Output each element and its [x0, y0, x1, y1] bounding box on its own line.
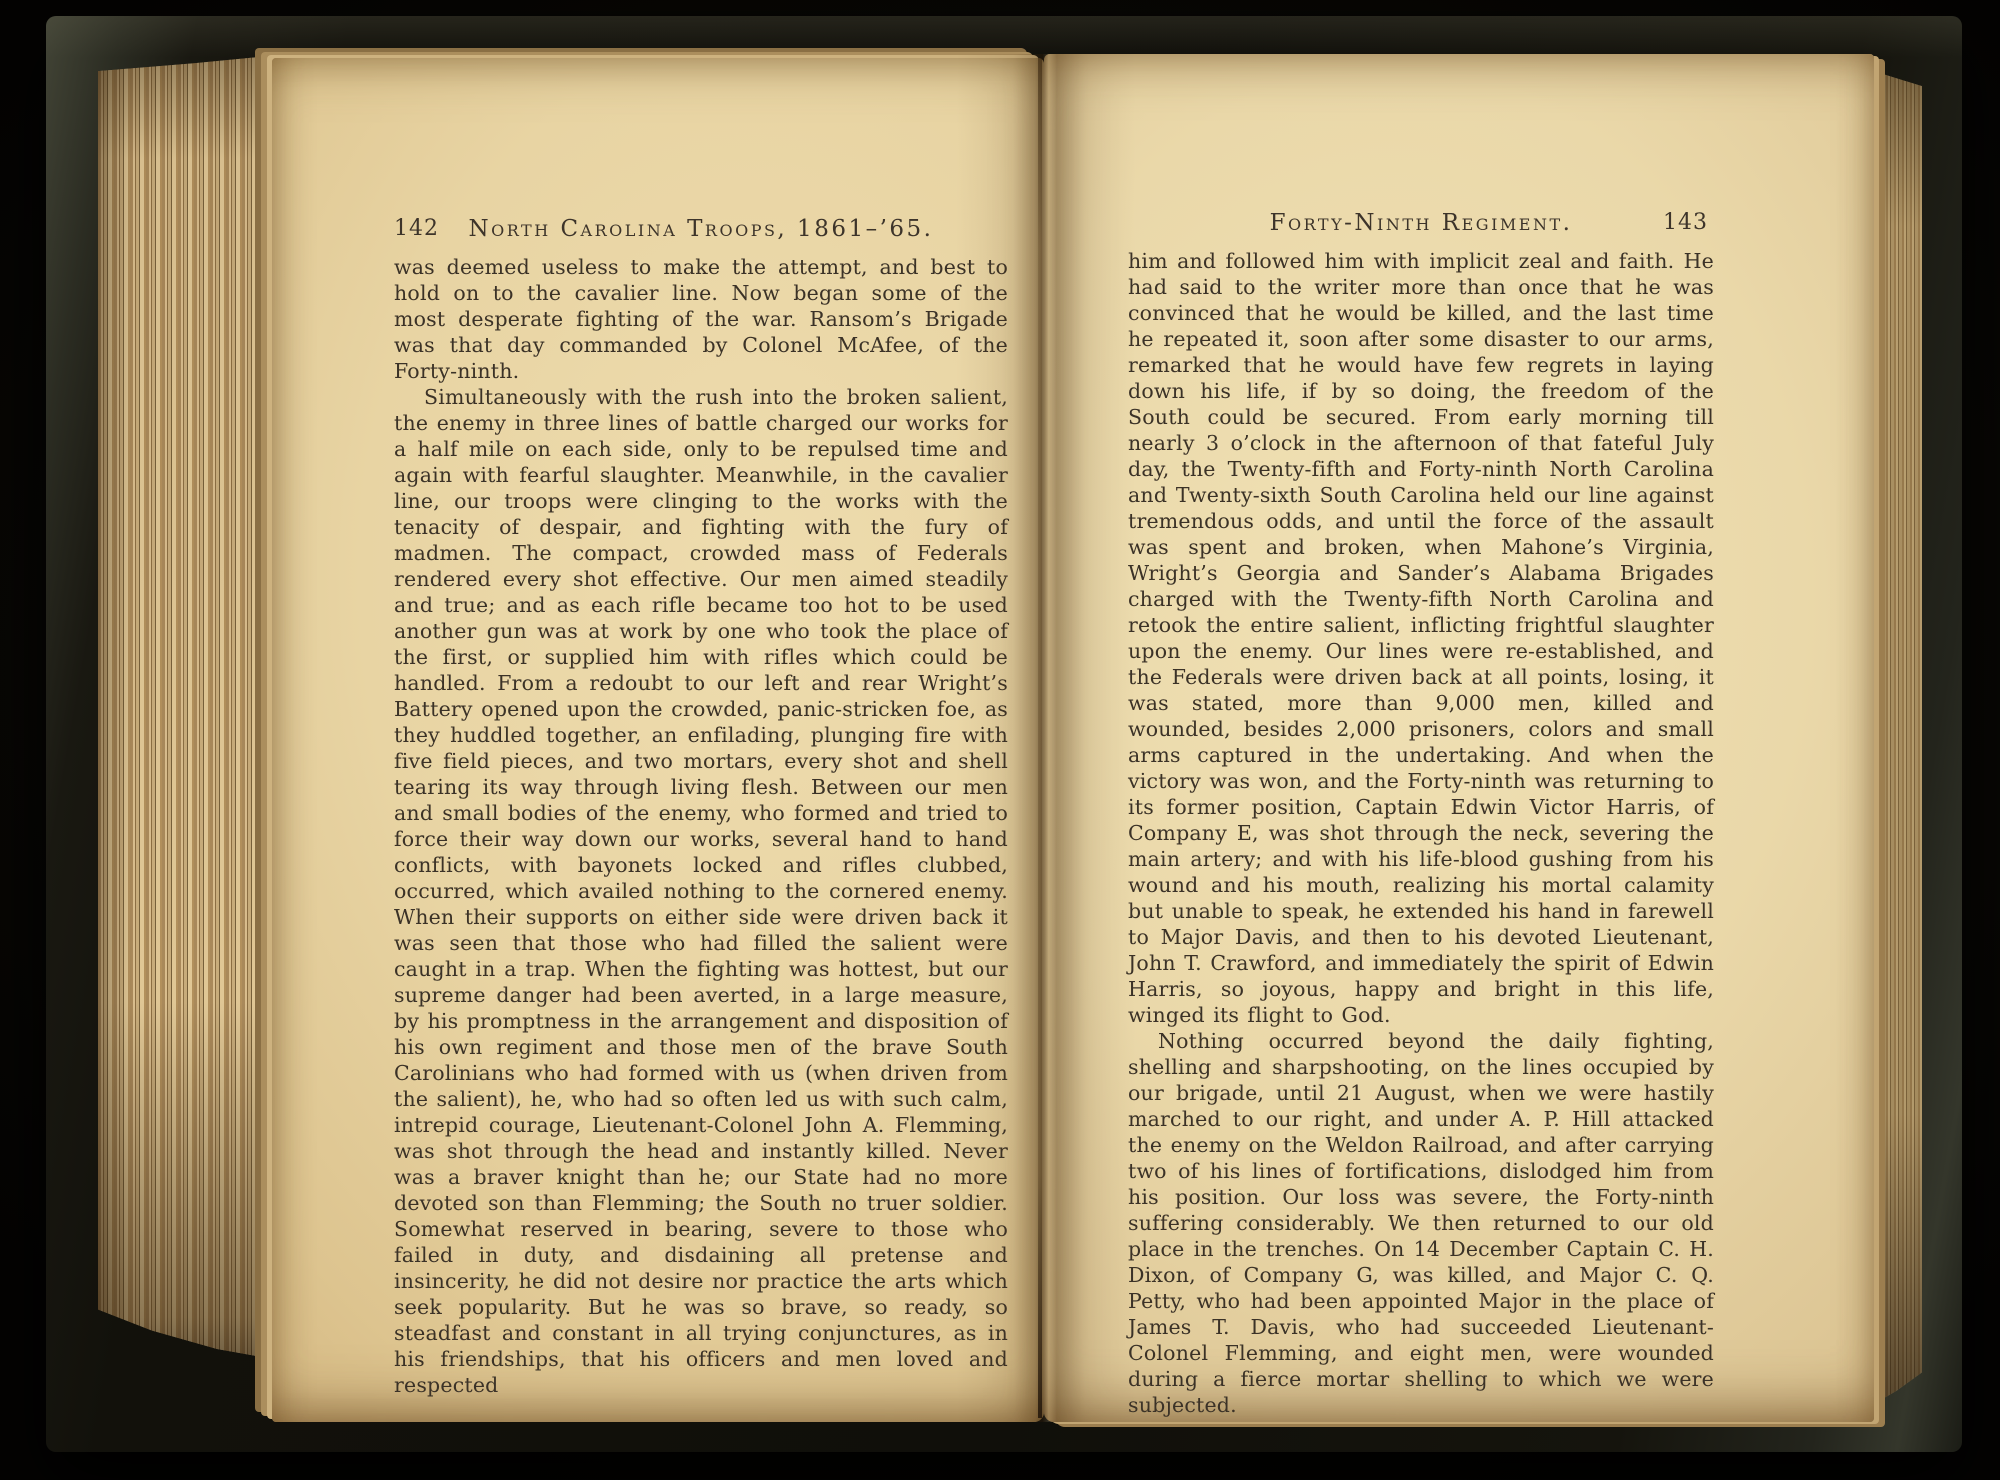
right-page: Forty-Ninth Regiment. 143 him and follow… — [1044, 54, 1874, 1422]
left-page-number: 142 — [394, 216, 439, 241]
photo-background: 142 North Carolina Troops, 1861–’65. was… — [0, 0, 2000, 1480]
paragraph: Simultaneously with the rush into the br… — [394, 384, 1008, 1398]
right-running-header: Forty-Ninth Regiment. — [1128, 210, 1714, 236]
left-page-text-column: was deemed useless to make the attempt, … — [394, 254, 1008, 1398]
right-page-text-column: him and followed him with implicit zeal … — [1128, 248, 1714, 1418]
paragraph: was deemed useless to make the attempt, … — [394, 254, 1008, 384]
left-page-stack-edge — [98, 54, 290, 1370]
paragraph: him and followed him with implicit zeal … — [1128, 248, 1714, 1028]
right-page-header: Forty-Ninth Regiment. 143 — [1128, 210, 1714, 236]
right-page-stack-edge — [1870, 66, 1922, 1410]
left-running-header: North Carolina Troops, 1861–’65. — [394, 216, 1008, 242]
left-page: 142 North Carolina Troops, 1861–’65. was… — [272, 58, 1044, 1422]
right-page-number: 143 — [1663, 210, 1708, 235]
paragraph: Nothing occurred beyond the daily fighti… — [1128, 1028, 1714, 1418]
left-page-header: 142 North Carolina Troops, 1861–’65. — [394, 216, 1008, 242]
